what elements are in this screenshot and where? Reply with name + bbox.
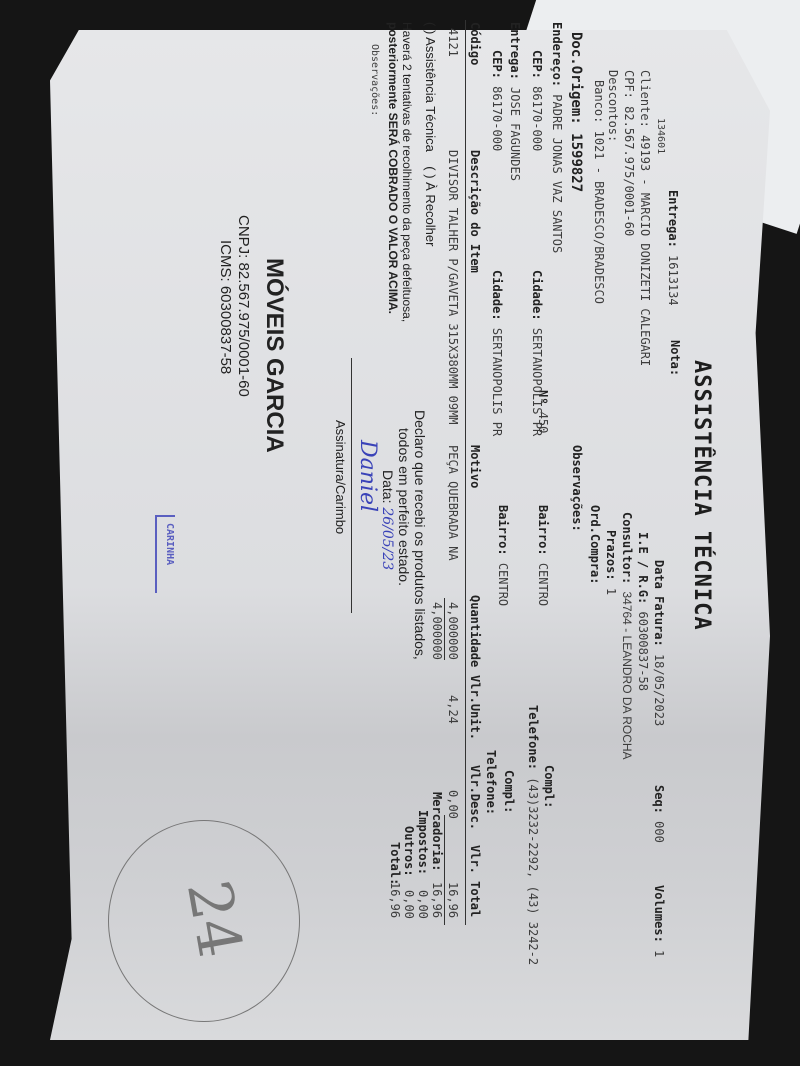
declaration-date: Data: 26/05/23 [379,470,396,570]
observacoes-label: Observações: [570,445,584,532]
total-label: Total: [388,842,402,885]
data-fatura-field: Data Fatura: 18/05/2023 [652,560,666,726]
company-name: MÓVEIS GARCIA [260,258,288,453]
cell-vlr-desc: 0,00 [446,790,460,819]
outros-value: 0,00 [402,890,416,919]
mercadoria-label: Mercadoria: [430,792,444,871]
ie-rg-field: I.E / R.G: 60300837-58 [636,532,650,691]
volumes-field: Volumes: 1 [652,885,666,957]
assistencia-tecnica-document: ASSISTÊNCIA TÉCNICA Nota: Entrega: 16131… [0,0,800,1066]
col-quantidade: Quantidade [468,595,482,667]
declaration-line2: todos em perfeito estado. [396,428,412,586]
endereco-field: Endereço: PADRE JONAS VAZ SANTOS [550,22,564,253]
table-header-divider [465,20,466,925]
cell-codigo: 4121 [446,28,460,57]
notice-line2: posteriormente SERÁ COBRADO O VALOR ACIM… [386,22,400,314]
col-vlr-unit: Vlr.Unit. [468,675,482,740]
mercadoria-value: 16,96 [430,882,444,918]
quantity-total-line [444,598,445,660]
cell-quantidade: 4,000000 [446,602,460,660]
telefone-field: Telefone: (43)3232-2292, (43) 3242-2 [526,705,540,965]
cell-vlr-unit: 4,24 [446,695,460,724]
prazos-field: Prazos: 1 [604,530,618,595]
col-descricao: Descrição do Item [468,150,482,273]
entrega-cidade-field: Cidade: SERTANOPOLIS PR [490,270,504,436]
col-motivo: Motivo [468,445,482,488]
outros-label: Outros: [402,826,416,877]
entrega-telefone-label: Telefone: [484,750,498,815]
nota-label: Nota: [668,340,682,376]
descontos-label: Descontos: [606,70,620,142]
notice-line1: Haverá 2 tentativas de recolhimento da p… [400,22,414,322]
options-line: ( ) Assistência Técnica ( ) À Recolher [423,22,438,246]
consultor-field: Consultor: 34764 - LEANDRO DA ROCHA [620,512,634,760]
doc-origem-field: Doc.Origem: 1599827 [568,32,584,192]
cliente-code: 134601 [655,118,666,154]
value-total-line [444,815,445,925]
company-cnpj: CNPJ: 82.567.975/0001-60 [235,215,252,397]
cep-field: CEP: 86170-000 [530,50,544,151]
handwritten-number: 24 [173,876,255,963]
signature-line [351,358,352,613]
observacoes-footer-label: Observações: [369,44,380,116]
cell-descricao: DIVISOR TALHER P/GAVETA 315X380MM 09MM [446,150,460,425]
col-codigo: Código [468,22,482,65]
company-icms: ICMS: 60300837-58 [217,240,234,374]
cidade-field: Cidade: SERTANOPOLIS PR [530,270,544,436]
cell-vlr-total: 16,96 [446,882,460,918]
col-vlr-total: Vlr. Total [468,845,482,917]
signature-label: Assinatura/Carimbo [333,420,348,534]
compl-label: Compl: [542,765,556,808]
entrega-field: Entrega: 1613134 [666,190,680,306]
seq-field: Seq: 000 [652,785,666,843]
entrega-endereco-field: Entrega: JOSE FAGUNDES [508,22,522,181]
quantidade-total: 4,000000 [430,602,444,660]
handwritten-date: 26/05/23 [379,507,395,570]
handwritten-circle: 24 [108,820,300,1022]
declaration-line1: Declaro que recebi os produtos listados, [412,410,428,660]
handwritten-signature: Daniel [355,440,380,512]
total-value: 16,96 [388,882,402,918]
document-title: ASSISTÊNCIA TÉCNICA [689,360,714,631]
cell-motivo: PEÇA QUEBRADA NA [446,445,460,561]
assistencia-checkbox[interactable]: ( ) Assistência Técnica [423,22,438,152]
ord-compra-label: Ord.Compra: [588,505,602,584]
cpf-field: CPF: 82.567.975/0001-60 [622,70,636,236]
recolher-checkbox[interactable]: ( ) À Recolher [423,166,438,246]
stamp: CARINHA [155,515,175,593]
cliente-field: Cliente: 49193 - MARCIO DONIZETI CALEGAR… [638,70,652,366]
entrega-cep-field: CEP: 86170-000 [490,50,504,151]
impostos-label: Impostos: [416,810,430,875]
col-vlr-desc: Vlr.Desc. [468,765,482,830]
impostos-value: 0,00 [416,890,430,919]
bairro-field: Bairro: CENTRO [536,505,550,606]
banco-field: Banco: 1021 - BRADESCO/BRADESCO [592,80,606,304]
entrega-bairro-field: Bairro: CENTRO [496,505,510,606]
entrega-compl-label: Compl: [502,770,516,813]
